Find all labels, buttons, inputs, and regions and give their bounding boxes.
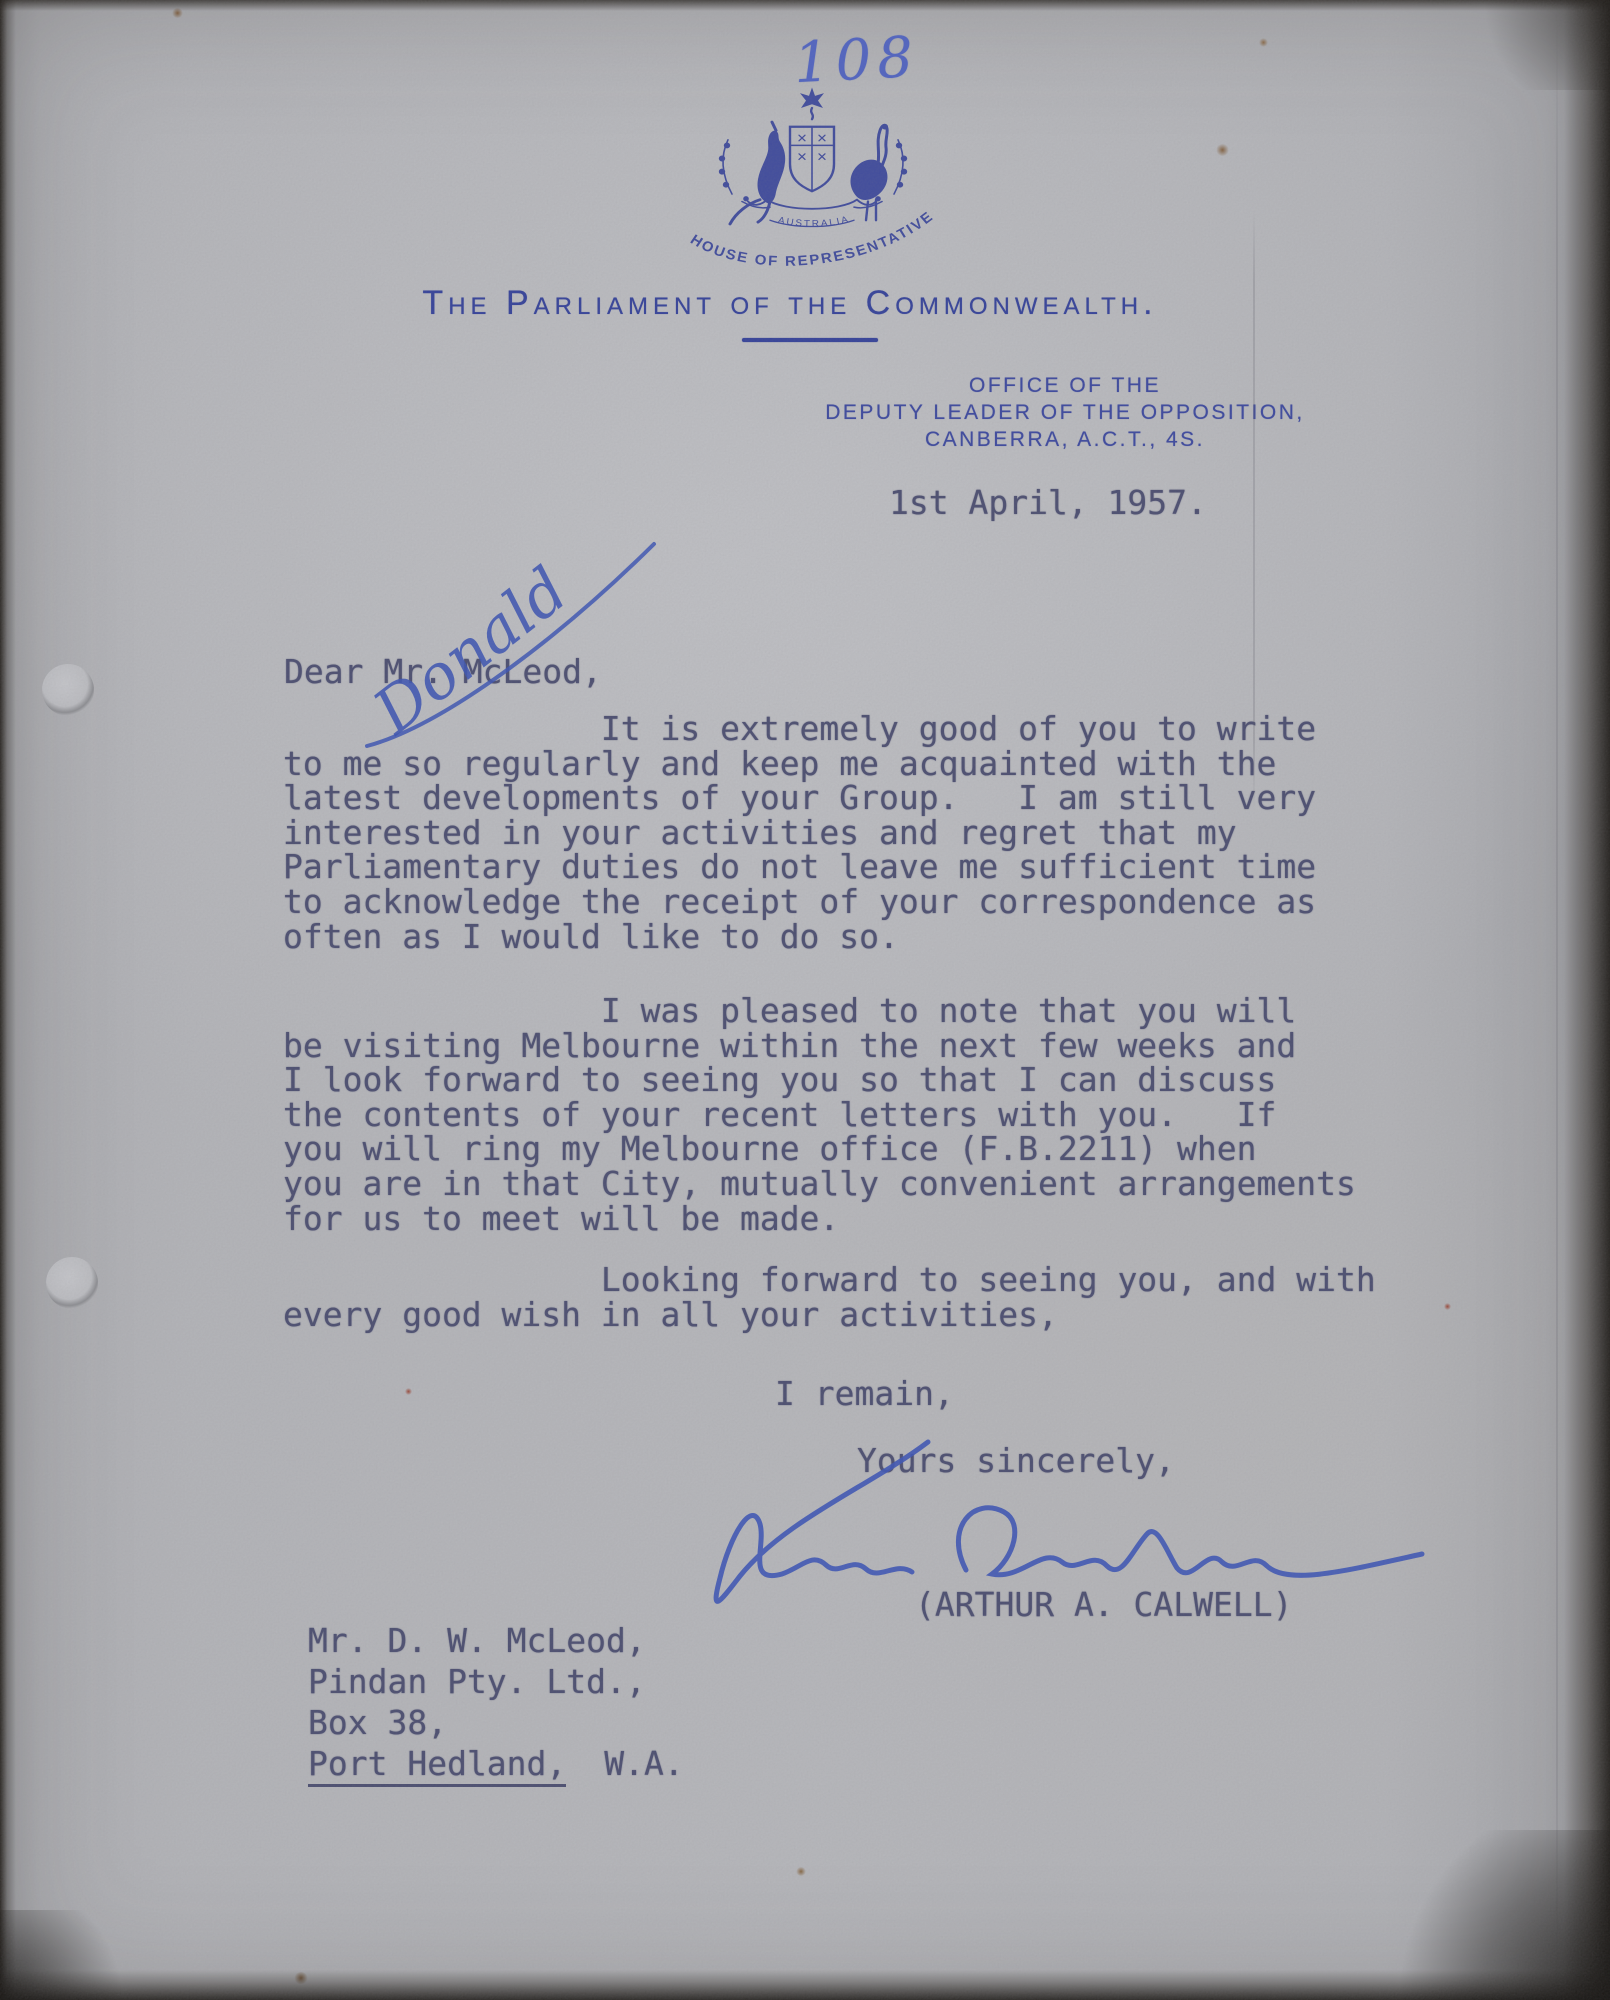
recipient-address-lines: Mr. D. W. McLeod, Pindan Pty. Ltd., Box … [308,1620,684,1743]
body-paragraph-1: It is extremely good of you to write to … [283,712,1316,954]
recipient-address-block: Mr. D. W. McLeod, Pindan Pty. Ltd., Box … [308,1620,684,1784]
emu-icon [851,124,888,220]
foxing-spot [796,1867,806,1876]
svg-text:AUSTRALIA: AUSTRALIA [777,214,851,229]
recipient-city: Port Hedland, [308,1744,566,1787]
recipient-address-last-line: Port Hedland,W.A. [308,1743,684,1784]
scan-corner-shadow [1460,0,1610,90]
signatory-typed-name: (ARTHUR A. CALWELL) [915,1588,1293,1623]
signature-stroke-first [716,1442,928,1601]
signature-stroke-second [958,1508,1422,1576]
foxing-spot [1216,144,1229,156]
crest-banner-text: AUSTRALIA [777,214,851,229]
foxing-spot [1444,1303,1451,1310]
kangaroo-icon [730,122,785,224]
shield-icon [790,127,834,192]
punch-hole [46,1257,98,1309]
foxing-spot [172,8,183,18]
scan-corner-shadow [0,1910,150,2000]
foxing-spot [294,1972,308,1984]
foxing-spot [1259,38,1268,47]
scan-edge-left [0,0,16,2000]
closing-i-remain: I remain, [775,1377,954,1412]
punch-hole [42,664,94,716]
paper-crease [1253,210,1255,810]
recipient-state: W.A. [604,1744,683,1783]
crest-arc-text: HOUSE OF REPRESENTATIVES [672,80,937,270]
scan-corner-curl [1350,1830,1610,2000]
scan-edge-right [1564,0,1610,2000]
scan-edge-bottom [0,1970,1610,2000]
body-paragraph-2: I was pleased to note that you will be v… [283,994,1356,1236]
scan-edge-top [0,0,1610,11]
foxing-spot [405,1388,412,1395]
letterhead-rule [742,338,878,342]
letter-page: 108 [0,0,1610,2000]
australian-coat-of-arms: AUSTRALIA HOUSE OF REPRESENTATIVES [672,80,952,295]
paper-edge-line [1556,0,1558,2000]
commonwealth-star-icon [800,87,824,119]
date-line: 1st April, 1957. [889,486,1207,521]
letterhead-title: The Parliament of the Commonwealth. [290,284,1290,323]
office-block: OFFICE OF THE DEPUTY LEADER OF THE OPPOS… [815,372,1315,453]
body-paragraph-3: Looking forward to seeing you, and with … [283,1263,1376,1332]
svg-text:HOUSE OF REPRESENTATIVES: HOUSE OF REPRESENTATIVES [672,80,937,270]
